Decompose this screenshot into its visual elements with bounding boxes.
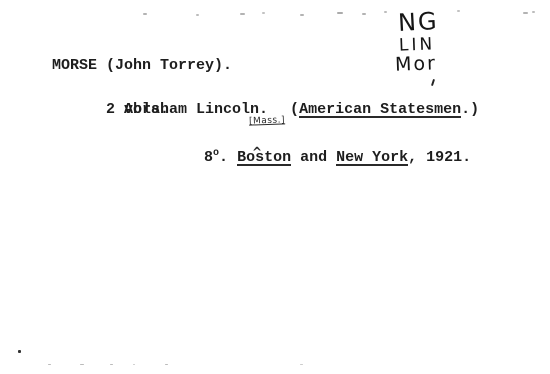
imprint-line: 8o. Boston and New York, 1921. <box>168 131 471 181</box>
scan-speck <box>457 10 460 12</box>
scan-speck <box>523 12 528 14</box>
scan-speck <box>133 364 135 365</box>
scan-speck <box>143 13 147 15</box>
catalog-card: MORSE (John Torrey). Abraham Lincoln.(Am… <box>0 0 550 374</box>
scan-speck <box>80 364 84 365</box>
author-heading: MORSE (John Torrey). <box>52 58 232 73</box>
scan-speck <box>18 350 21 353</box>
series-name-underlined: American Statesmen <box>299 103 461 118</box>
scan-speck <box>196 14 199 16</box>
scan-speck <box>384 11 387 13</box>
shelfmark-line1: NG <box>397 9 439 35</box>
scan-speck <box>300 14 304 16</box>
scan-speck <box>262 12 265 14</box>
stray-pen-tick <box>431 79 435 86</box>
insertion-note-mass: [Mass.] <box>249 115 285 126</box>
scan-speck <box>48 364 51 365</box>
place-primary-underlined: Boston <box>237 151 291 166</box>
scan-speck <box>362 13 366 15</box>
series-close: .) <box>461 101 479 118</box>
place-secondary-underlined: New York <box>336 151 408 166</box>
format-number: 8 <box>204 149 213 166</box>
imprint-year: , 1921. <box>408 149 471 166</box>
scan-speck <box>337 12 343 14</box>
volumes-statement: 2 vols. <box>106 102 169 117</box>
imprint-connector: and <box>291 149 336 166</box>
scan-speck <box>240 13 245 15</box>
series-open-paren: ( <box>290 101 299 118</box>
shelfmark-line3: Mor <box>395 54 437 74</box>
scan-speck <box>110 364 113 365</box>
format-period: . <box>219 149 237 166</box>
scan-speck <box>165 364 168 365</box>
scan-speck <box>532 11 535 13</box>
scan-speck <box>300 364 303 365</box>
insertion-caret: ^ <box>252 144 262 159</box>
